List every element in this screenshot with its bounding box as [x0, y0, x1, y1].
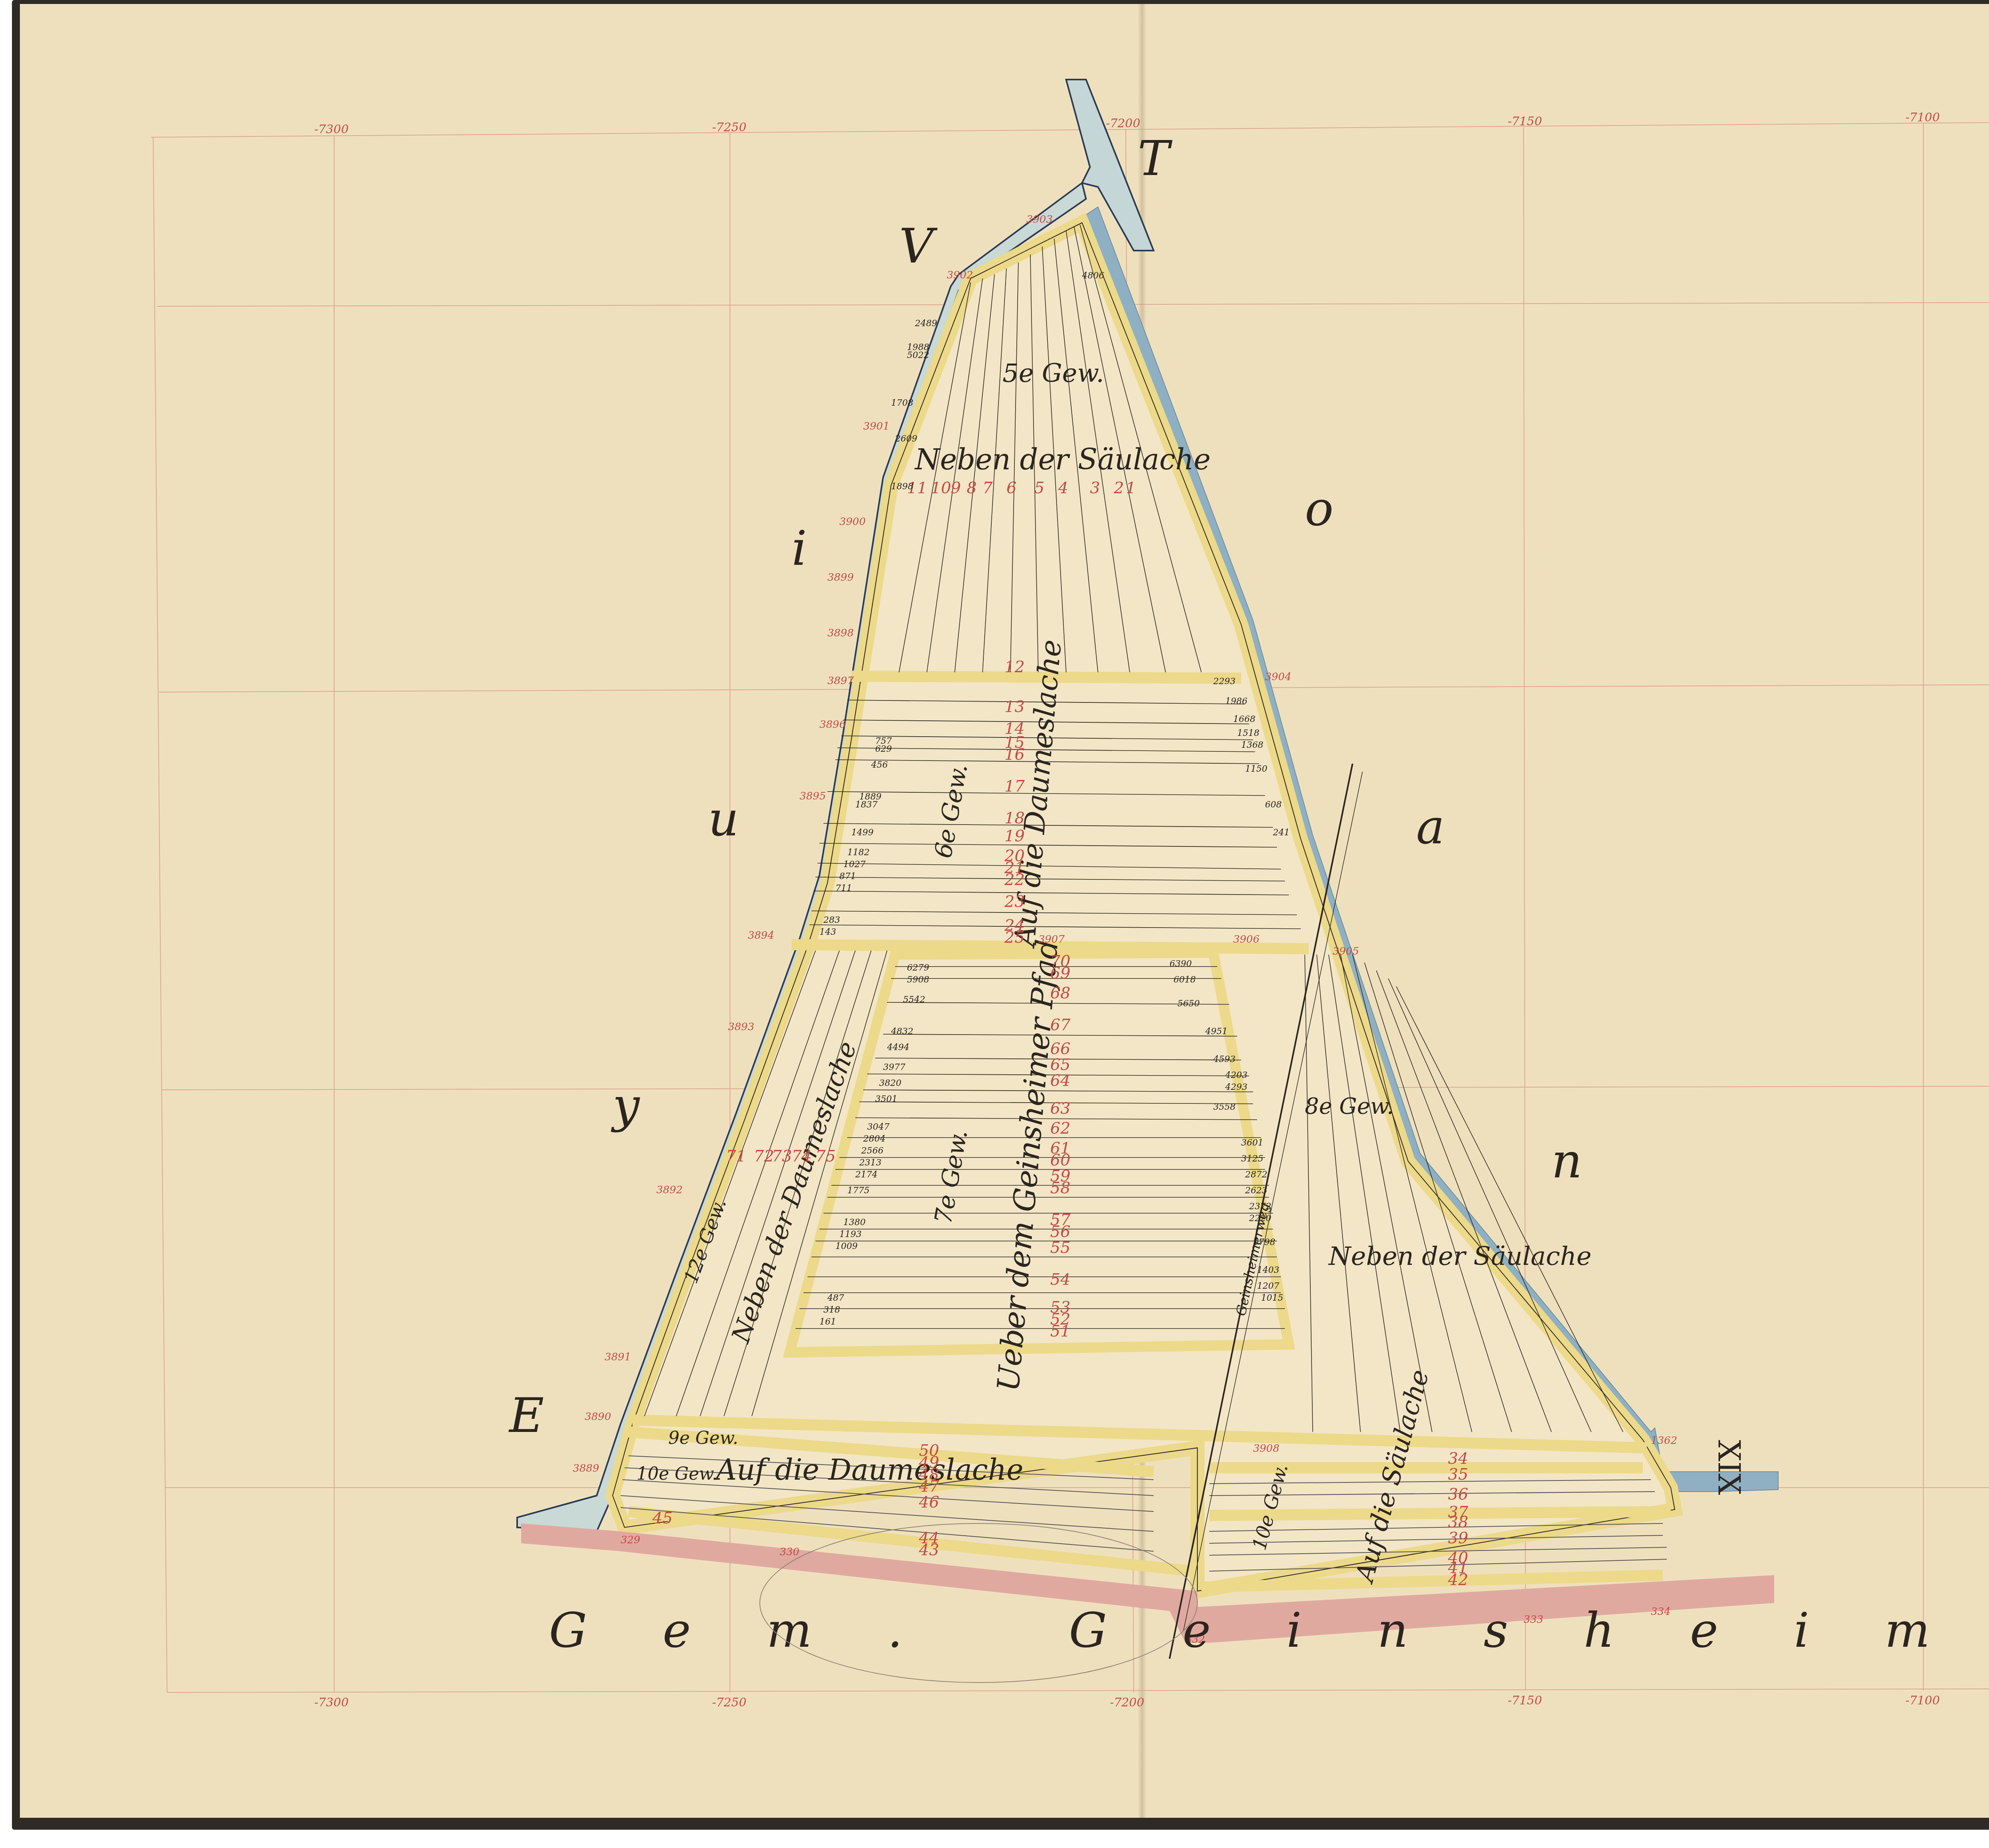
- gewann-8-number: 8e Gew.: [1305, 1093, 1394, 1119]
- svg-text:487: 487: [827, 1293, 844, 1303]
- svg-text:1009: 1009: [835, 1241, 858, 1251]
- svg-text:12: 12: [1004, 658, 1025, 676]
- svg-text:5: 5: [1034, 479, 1044, 497]
- svg-text:69: 69: [1050, 964, 1070, 982]
- svg-text:1368: 1368: [1241, 740, 1263, 750]
- svg-text:E: E: [508, 1388, 544, 1443]
- svg-text:71: 71: [726, 1147, 746, 1165]
- svg-text:-7250: -7250: [712, 1696, 746, 1710]
- svg-text:-7100: -7100: [1905, 1694, 1940, 1708]
- svg-text:68: 68: [1050, 984, 1070, 1002]
- svg-text:-7150: -7150: [1508, 1694, 1542, 1708]
- svg-text:1182: 1182: [847, 848, 870, 858]
- svg-text:3907: 3907: [1038, 934, 1065, 945]
- svg-text:283: 283: [823, 915, 840, 925]
- svg-text:5908: 5908: [907, 975, 929, 985]
- svg-text:1775: 1775: [847, 1186, 870, 1196]
- svg-text:3901: 3901: [863, 420, 889, 432]
- svg-text:3899: 3899: [827, 572, 854, 584]
- svg-text:3889: 3889: [573, 1463, 599, 1475]
- svg-text:5650: 5650: [1177, 999, 1200, 1009]
- svg-text:73: 73: [772, 1147, 792, 1165]
- svg-text:3558: 3558: [1213, 1102, 1236, 1112]
- svg-text:4494: 4494: [887, 1043, 909, 1052]
- svg-text:1193: 1193: [839, 1229, 862, 1239]
- svg-text:2: 2: [1113, 479, 1124, 497]
- svg-text:3047: 3047: [867, 1122, 889, 1132]
- svg-text:3903: 3903: [1026, 214, 1053, 226]
- svg-text:58: 58: [1050, 1179, 1070, 1197]
- svg-text:a: a: [1416, 800, 1445, 855]
- svg-text:330: 330: [780, 1546, 800, 1558]
- svg-text:1986: 1986: [1225, 696, 1248, 706]
- svg-text:3977: 3977: [883, 1062, 905, 1072]
- svg-text:25: 25: [1004, 928, 1025, 947]
- svg-text:3891: 3891: [605, 1351, 631, 1363]
- svg-text:4203: 4203: [1225, 1070, 1248, 1080]
- svg-text:54: 54: [1050, 1270, 1070, 1289]
- svg-text:161: 161: [819, 1317, 836, 1327]
- svg-text:3906: 3906: [1233, 934, 1259, 945]
- svg-text:63: 63: [1050, 1099, 1070, 1118]
- svg-text:1380: 1380: [843, 1218, 866, 1227]
- svg-text:143: 143: [819, 927, 836, 937]
- svg-text:u: u: [708, 792, 739, 847]
- svg-text:18: 18: [1004, 809, 1025, 827]
- svg-text:T: T: [1138, 131, 1173, 187]
- svg-text:329: 329: [621, 1534, 640, 1546]
- svg-text:22: 22: [1004, 871, 1025, 889]
- svg-text:241: 241: [1273, 828, 1290, 838]
- svg-text:3: 3: [1090, 479, 1100, 497]
- svg-text:3897: 3897: [827, 675, 854, 687]
- svg-text:-7300: -7300: [314, 123, 348, 136]
- svg-text:3908: 3908: [1253, 1443, 1279, 1455]
- svg-text:2609: 2609: [895, 434, 917, 444]
- svg-text:-7200: -7200: [1110, 1696, 1144, 1710]
- gewann-9-number: 9e Gew.: [668, 1428, 738, 1448]
- svg-text:n: n: [1551, 1134, 1582, 1189]
- svg-text:629: 629: [875, 744, 892, 754]
- svg-text:V: V: [899, 219, 938, 274]
- svg-text:74: 74: [792, 1147, 812, 1165]
- svg-text:46: 46: [919, 1493, 939, 1511]
- gewann-8-name: Neben der Säulache: [1328, 1242, 1592, 1271]
- svg-text:13: 13: [1004, 698, 1025, 716]
- svg-text:8: 8: [967, 479, 977, 497]
- svg-text:3892: 3892: [656, 1184, 683, 1196]
- svg-text:2804: 2804: [863, 1134, 886, 1144]
- gewann-10-number: 10e Gew.: [636, 1464, 718, 1484]
- svg-text:3904: 3904: [1265, 671, 1291, 683]
- svg-text:17: 17: [1004, 777, 1025, 796]
- svg-text:i: i: [792, 521, 807, 576]
- svg-text:-7150: -7150: [1508, 115, 1542, 128]
- svg-text:2623: 2623: [1245, 1186, 1267, 1196]
- svg-text:67: 67: [1050, 1016, 1070, 1034]
- svg-text:2489: 2489: [915, 319, 937, 329]
- sheet-number: XIX: [1711, 1440, 1747, 1495]
- svg-text:1708: 1708: [891, 398, 913, 408]
- svg-text:2174: 2174: [855, 1170, 878, 1180]
- gewann-5-number: 5e Gew.: [1002, 359, 1104, 388]
- svg-text:2566: 2566: [861, 1146, 884, 1156]
- svg-text:3898: 3898: [827, 627, 854, 639]
- svg-text:3905: 3905: [1333, 945, 1359, 957]
- svg-text:1668: 1668: [1233, 714, 1255, 724]
- svg-text:3501: 3501: [875, 1094, 897, 1104]
- svg-text:19: 19: [1004, 827, 1025, 845]
- svg-text:4832: 4832: [891, 1027, 913, 1037]
- svg-text:64: 64: [1050, 1072, 1070, 1090]
- svg-text:35: 35: [1448, 1465, 1468, 1484]
- svg-text:3895: 3895: [800, 790, 826, 802]
- svg-text:16: 16: [1004, 745, 1025, 764]
- svg-text:5542: 5542: [903, 995, 925, 1005]
- svg-text:4593: 4593: [1213, 1054, 1236, 1064]
- svg-text:1837: 1837: [855, 800, 878, 810]
- svg-text:55: 55: [1050, 1239, 1070, 1257]
- svg-text:6390: 6390: [1170, 959, 1192, 969]
- svg-text:1027: 1027: [843, 860, 866, 870]
- svg-text:3893: 3893: [728, 1021, 754, 1033]
- svg-text:75: 75: [815, 1147, 836, 1165]
- svg-text:2313: 2313: [859, 1158, 882, 1168]
- svg-text:5022: 5022: [907, 350, 929, 360]
- svg-text:6279: 6279: [907, 963, 929, 973]
- field-main: [613, 223, 1675, 1591]
- svg-text:6018: 6018: [1174, 975, 1196, 985]
- svg-text:1: 1: [1126, 479, 1136, 497]
- svg-text:1015: 1015: [1261, 1293, 1283, 1303]
- svg-text:1150: 1150: [1245, 764, 1267, 774]
- svg-text:3902: 3902: [947, 269, 973, 281]
- svg-text:3890: 3890: [585, 1411, 611, 1423]
- svg-text:3896: 3896: [819, 719, 846, 731]
- svg-text:3894: 3894: [748, 930, 774, 942]
- svg-text:1362: 1362: [1651, 1435, 1677, 1447]
- svg-text:1207: 1207: [1257, 1281, 1279, 1291]
- svg-text:2293: 2293: [1213, 677, 1236, 687]
- svg-text:23: 23: [1004, 893, 1025, 911]
- svg-text:62: 62: [1050, 1119, 1070, 1138]
- svg-text:3125: 3125: [1241, 1154, 1263, 1164]
- svg-text:43: 43: [919, 1541, 939, 1559]
- svg-text:51: 51: [1050, 1322, 1070, 1340]
- svg-text:7: 7: [983, 479, 993, 497]
- svg-text:608: 608: [1265, 800, 1282, 810]
- svg-text:45: 45: [652, 1509, 673, 1527]
- svg-text:10: 10: [931, 479, 951, 497]
- svg-text:871: 871: [839, 871, 856, 881]
- gewann-10-name: Auf die Daumeslache: [714, 1453, 1024, 1486]
- svg-text:3900: 3900: [839, 516, 866, 528]
- svg-text:-7100: -7100: [1905, 111, 1940, 124]
- svg-text:4293: 4293: [1225, 1082, 1248, 1092]
- svg-text:4: 4: [1058, 479, 1068, 497]
- svg-text:6: 6: [1006, 479, 1016, 497]
- svg-text:1518: 1518: [1237, 728, 1259, 738]
- svg-text:-7300: -7300: [314, 1696, 348, 1710]
- bottom-municipality-label: Gem. Geinsheim: [549, 1603, 1989, 1658]
- svg-text:42: 42: [1448, 1571, 1468, 1589]
- gewann-5-name: Neben der Säulache: [914, 443, 1211, 476]
- svg-text:72: 72: [754, 1147, 774, 1165]
- svg-text:318: 318: [823, 1305, 840, 1315]
- svg-text:9: 9: [951, 479, 961, 497]
- svg-text:o: o: [1305, 481, 1333, 537]
- svg-text:-7200: -7200: [1106, 117, 1140, 130]
- svg-text:36: 36: [1448, 1485, 1468, 1504]
- cadastral-map: -7300 -7250 -7200 -7150 -7100 -7300 -725…: [0, 0, 1989, 1848]
- svg-text:3820: 3820: [879, 1078, 901, 1088]
- svg-text:1898: 1898: [891, 482, 913, 492]
- svg-text:4806: 4806: [1082, 271, 1104, 281]
- svg-text:-7250: -7250: [712, 121, 746, 134]
- svg-text:y: y: [611, 1078, 640, 1133]
- svg-text:1499: 1499: [851, 828, 874, 838]
- svg-text:456: 456: [871, 760, 888, 770]
- svg-text:711: 711: [835, 883, 852, 893]
- svg-text:4951: 4951: [1205, 1027, 1228, 1037]
- svg-text:1403: 1403: [1257, 1265, 1279, 1275]
- svg-text:39: 39: [1448, 1529, 1468, 1547]
- svg-text:3601: 3601: [1241, 1138, 1263, 1148]
- svg-text:2872: 2872: [1245, 1170, 1267, 1180]
